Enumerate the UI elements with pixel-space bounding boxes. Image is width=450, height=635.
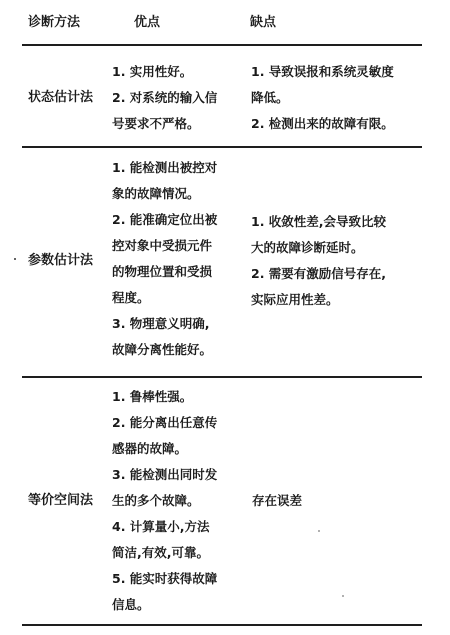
disadvantage-line: 2. 需要有激励信号存在,: [251, 261, 426, 287]
advantage-line: 生的多个故障。: [112, 488, 242, 514]
row-disadvantages: 1. 导致误报和系统灵敏度 降低。 2. 检测出来的故障有限。: [251, 59, 426, 137]
row-method-parity-space: 等价空间法: [28, 488, 93, 514]
advantage-line: 3. 物理意义明确,: [112, 311, 242, 337]
advantage-line: 感器的故障。: [112, 436, 242, 462]
row-rule: [22, 376, 422, 378]
row-rule: [22, 146, 422, 148]
advantage-line: 4. 计算量小,方法: [112, 514, 242, 540]
row-method-parameter-estimation: 参数估计法: [28, 248, 93, 274]
disadvantage-line: 2. 检测出来的故障有限。: [251, 111, 426, 137]
advantage-line: 程度。: [112, 285, 242, 311]
row-advantages: 1. 鲁棒性强。 2. 能分离出任意传 感器的故障。 3. 能检测出同时发 生的…: [112, 384, 242, 618]
scan-speck: [318, 530, 320, 532]
header-rule: [22, 44, 422, 46]
advantage-line: 2. 对系统的输入信: [112, 85, 242, 111]
advantage-line: 1. 能检测出被控对: [112, 155, 242, 181]
row-advantages: 1. 实用性好。 2. 对系统的输入信 号要求不严格。: [112, 59, 242, 137]
advantage-line: 简洁,有效,可靠。: [112, 540, 242, 566]
advantage-line: 3. 能检测出同时发: [112, 462, 242, 488]
disadvantage-line: 1. 收敛性差,会导致比较: [251, 209, 426, 235]
row-method-state-estimation: 状态估计法: [28, 85, 93, 111]
row-advantages: 1. 能检测出被控对 象的故障情况。 2. 能准确定位出被 控对象中受损元件 的…: [112, 155, 242, 363]
advantage-line: 2. 能分离出任意传: [112, 410, 242, 436]
scan-speck: [342, 595, 344, 597]
disadvantage-line: 实际应用性差。: [251, 287, 426, 313]
advantage-line: 5. 能实时获得故障: [112, 566, 242, 592]
advantage-line: 故障分离性能好。: [112, 337, 242, 363]
scan-speck: [14, 258, 16, 260]
header-disadvantages: 缺点: [250, 10, 276, 36]
disadvantage-line: 存在误差: [252, 488, 427, 514]
advantage-line: 象的故障情况。: [112, 181, 242, 207]
row-disadvantages: 1. 收敛性差,会导致比较 大的故障诊断延时。 2. 需要有激励信号存在, 实际…: [251, 209, 426, 313]
advantage-line: 信息。: [112, 592, 242, 618]
disadvantage-line: 大的故障诊断延时。: [251, 235, 426, 261]
advantage-line: 的物理位置和受损: [112, 259, 242, 285]
advantage-line: 号要求不严格。: [112, 111, 242, 137]
advantage-line: 2. 能准确定位出被: [112, 207, 242, 233]
header-advantages: 优点: [134, 10, 160, 36]
header-method: 诊断方法: [28, 10, 80, 36]
disadvantage-line: 1. 导致误报和系统灵敏度: [251, 59, 426, 85]
advantage-line: 控对象中受损元件: [112, 233, 242, 259]
advantage-line: 1. 鲁棒性强。: [112, 384, 242, 410]
disadvantage-line: 降低。: [251, 85, 426, 111]
bottom-rule: [22, 624, 422, 626]
diagnosis-methods-table: 诊断方法 优点 缺点 状态估计法 1. 实用性好。 2. 对系统的输入信 号要求…: [22, 0, 422, 635]
advantage-line: 1. 实用性好。: [112, 59, 242, 85]
row-disadvantages: 存在误差: [252, 488, 427, 514]
